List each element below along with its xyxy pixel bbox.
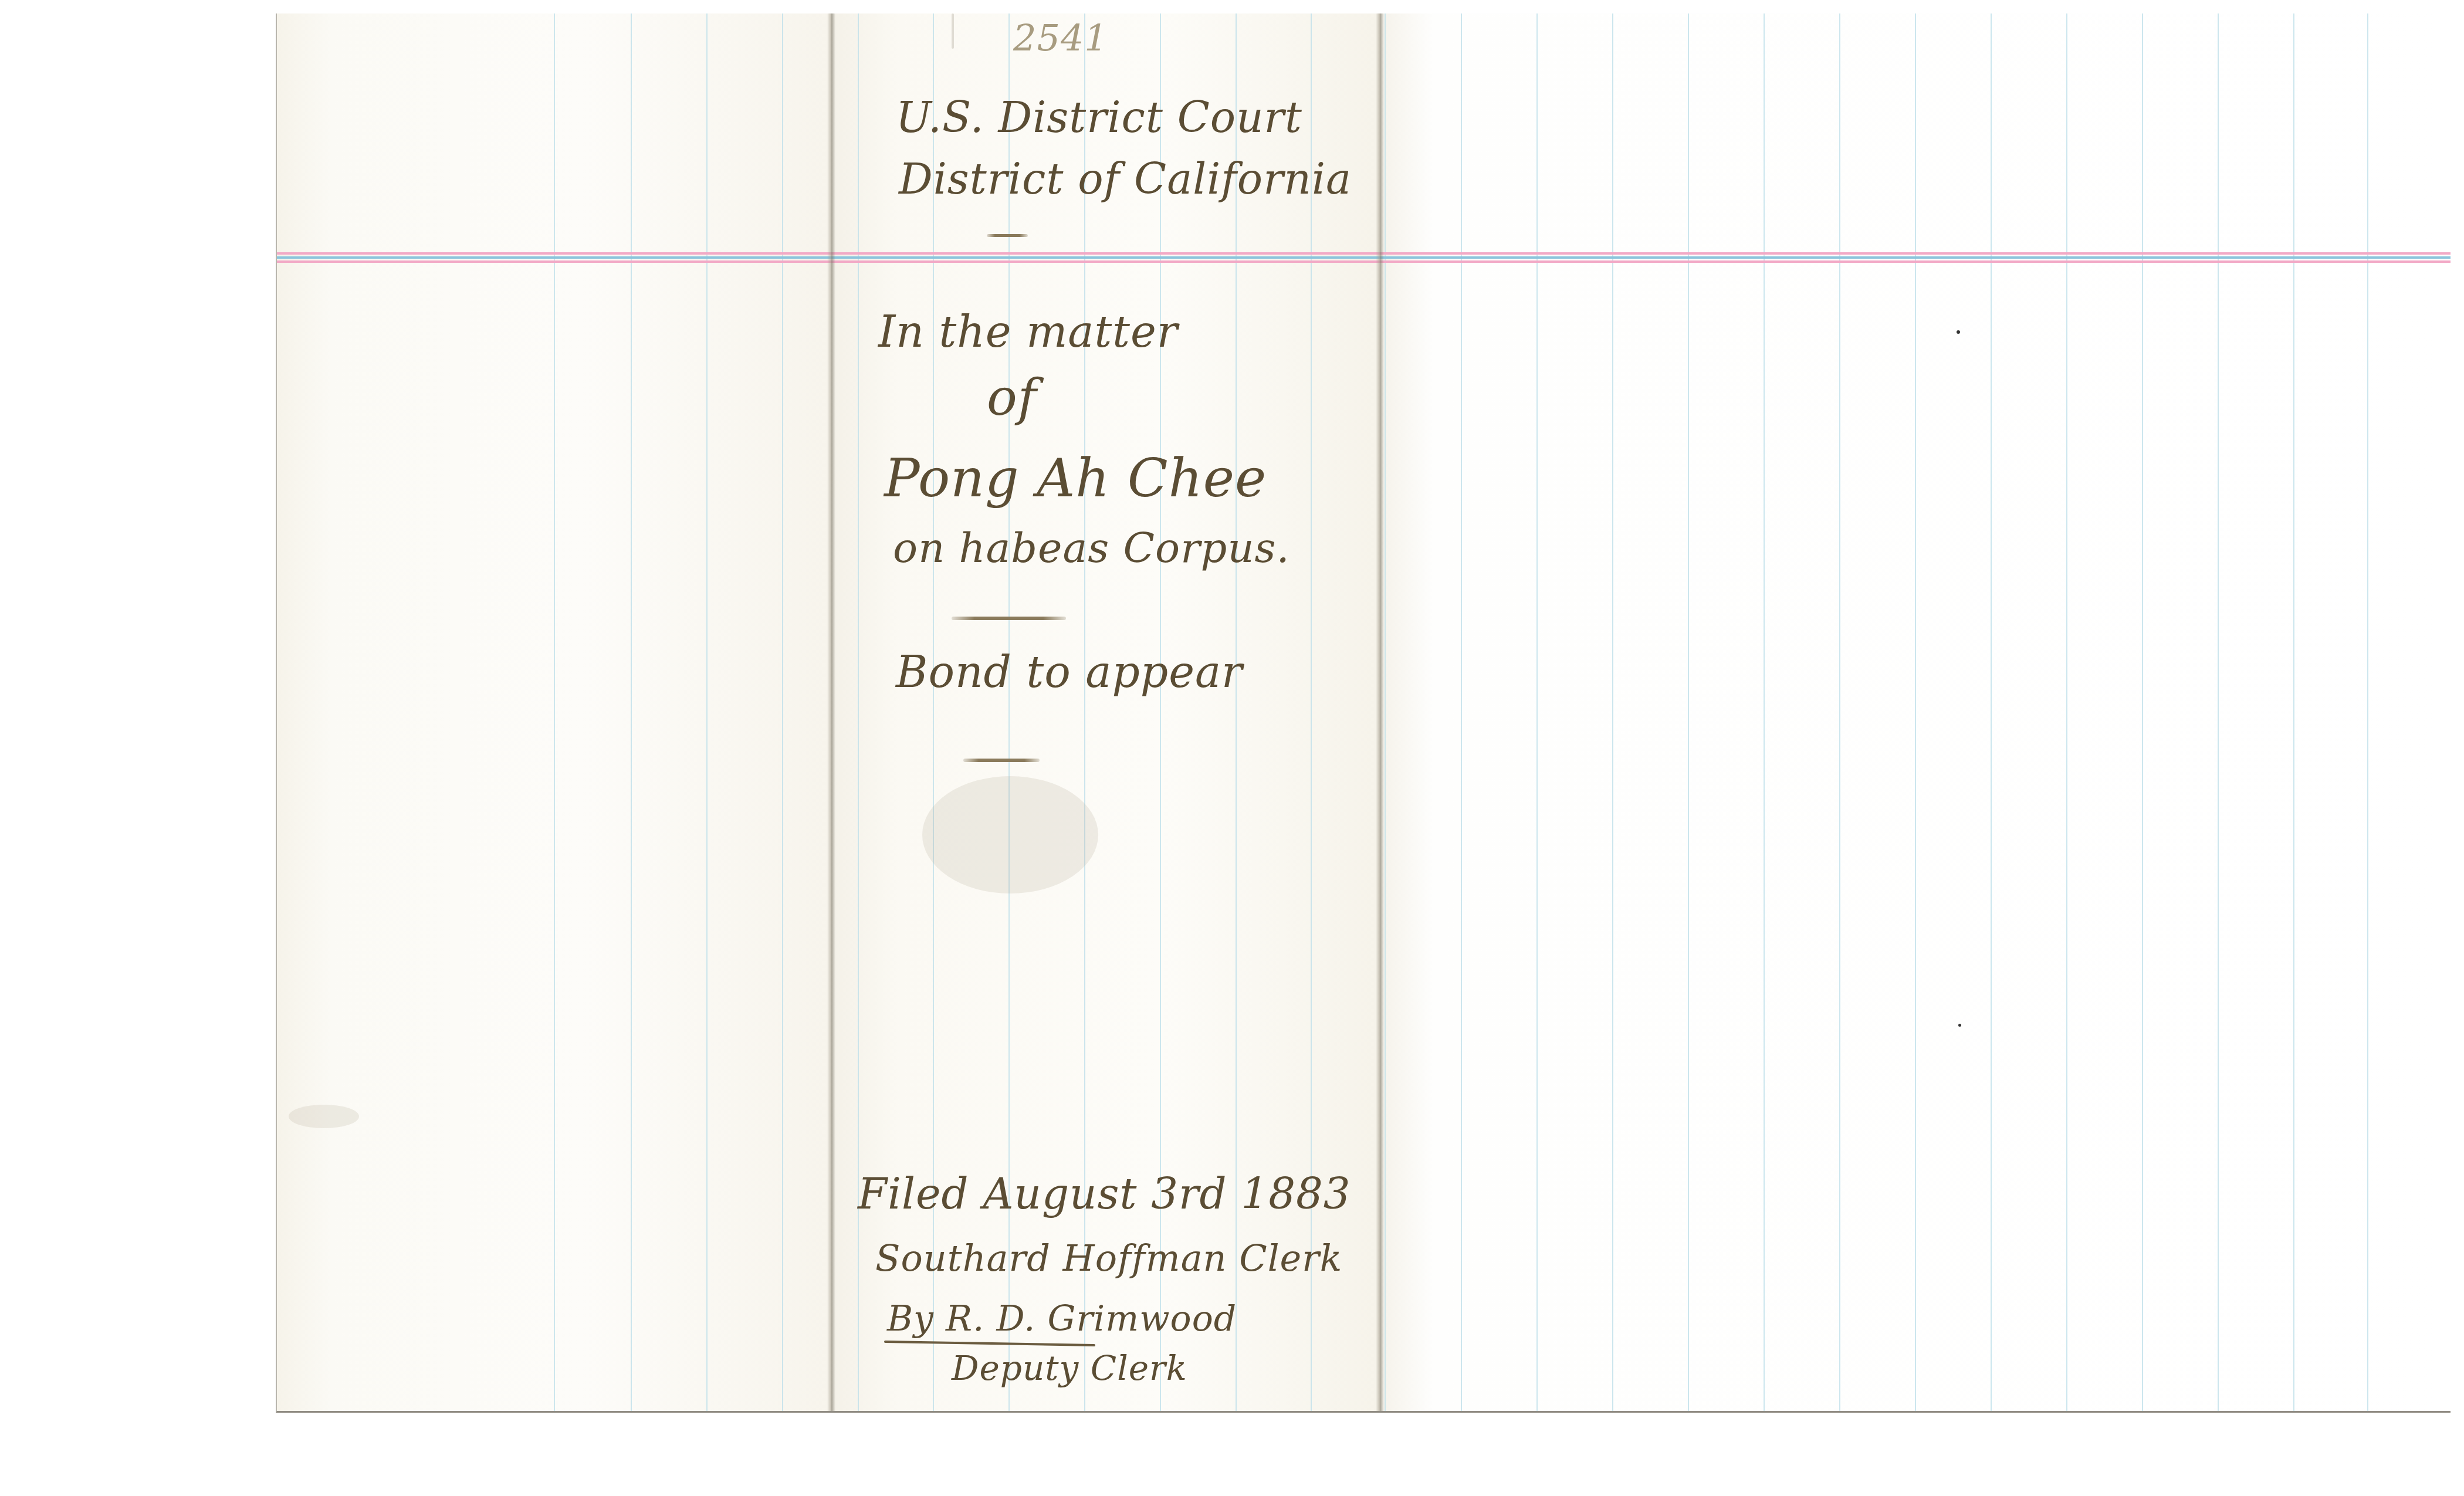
caption-line2: of: [987, 368, 1037, 427]
ruled-line: [2293, 13, 2294, 1411]
caption-line4: on habeas Corpus.: [893, 524, 1290, 572]
separator-flourish-top: [952, 617, 1066, 620]
ruled-line: [1612, 13, 1613, 1411]
stain: [289, 1105, 359, 1128]
party-name: Pong Ah Chee: [884, 448, 1267, 509]
ruled-line: [1461, 13, 1462, 1411]
ruled-line: [1688, 13, 1689, 1411]
docket-number: 2541: [1013, 16, 1108, 59]
ruled-line: [1839, 13, 1840, 1411]
ruled-line: [1764, 13, 1765, 1411]
ruled-line: [554, 13, 555, 1411]
fold-crease-left: [827, 13, 835, 1411]
court-name-line1: U.S. District Court: [896, 93, 1302, 142]
caption-line1: In the matter: [878, 307, 1178, 357]
ruled-line: [706, 13, 708, 1411]
speck: [1958, 1024, 1961, 1027]
ruled-line: [631, 13, 632, 1411]
rule-pink-top: [277, 252, 2451, 255]
separator-flourish-bottom: [963, 759, 1040, 762]
filed-date: Filed August 3rd 1883: [858, 1169, 1351, 1219]
stain: [922, 776, 1098, 893]
ruled-line: [2066, 13, 2067, 1411]
ruled-line: [2367, 13, 2368, 1411]
speck: [1957, 330, 1960, 334]
clerk-name: Southard Hoffman Clerk: [875, 1237, 1342, 1280]
ruled-line: [782, 13, 783, 1411]
document-page: 2541 U.S. District Court District of Cal…: [276, 13, 2451, 1413]
ruled-line: [1991, 13, 1992, 1411]
ruled-line: [1536, 13, 1538, 1411]
rule-pink-bottom: [277, 260, 2451, 263]
underline-of: [987, 234, 1028, 237]
document-title: Bond to appear: [896, 647, 1243, 698]
court-name-line2: District of California: [899, 154, 1352, 204]
deputy-signature: By R. D. Grimwood: [887, 1298, 1237, 1339]
ruled-line: [2218, 13, 2219, 1411]
fold-crease-right: [1376, 13, 1384, 1411]
ruled-line: [1915, 13, 1916, 1411]
ruled-line: [1385, 13, 1386, 1411]
ruled-line: [2142, 13, 2143, 1411]
rule-blue: [277, 256, 2451, 259]
speck: [952, 13, 954, 49]
deputy-clerk-title: Deputy Clerk: [952, 1348, 1187, 1388]
